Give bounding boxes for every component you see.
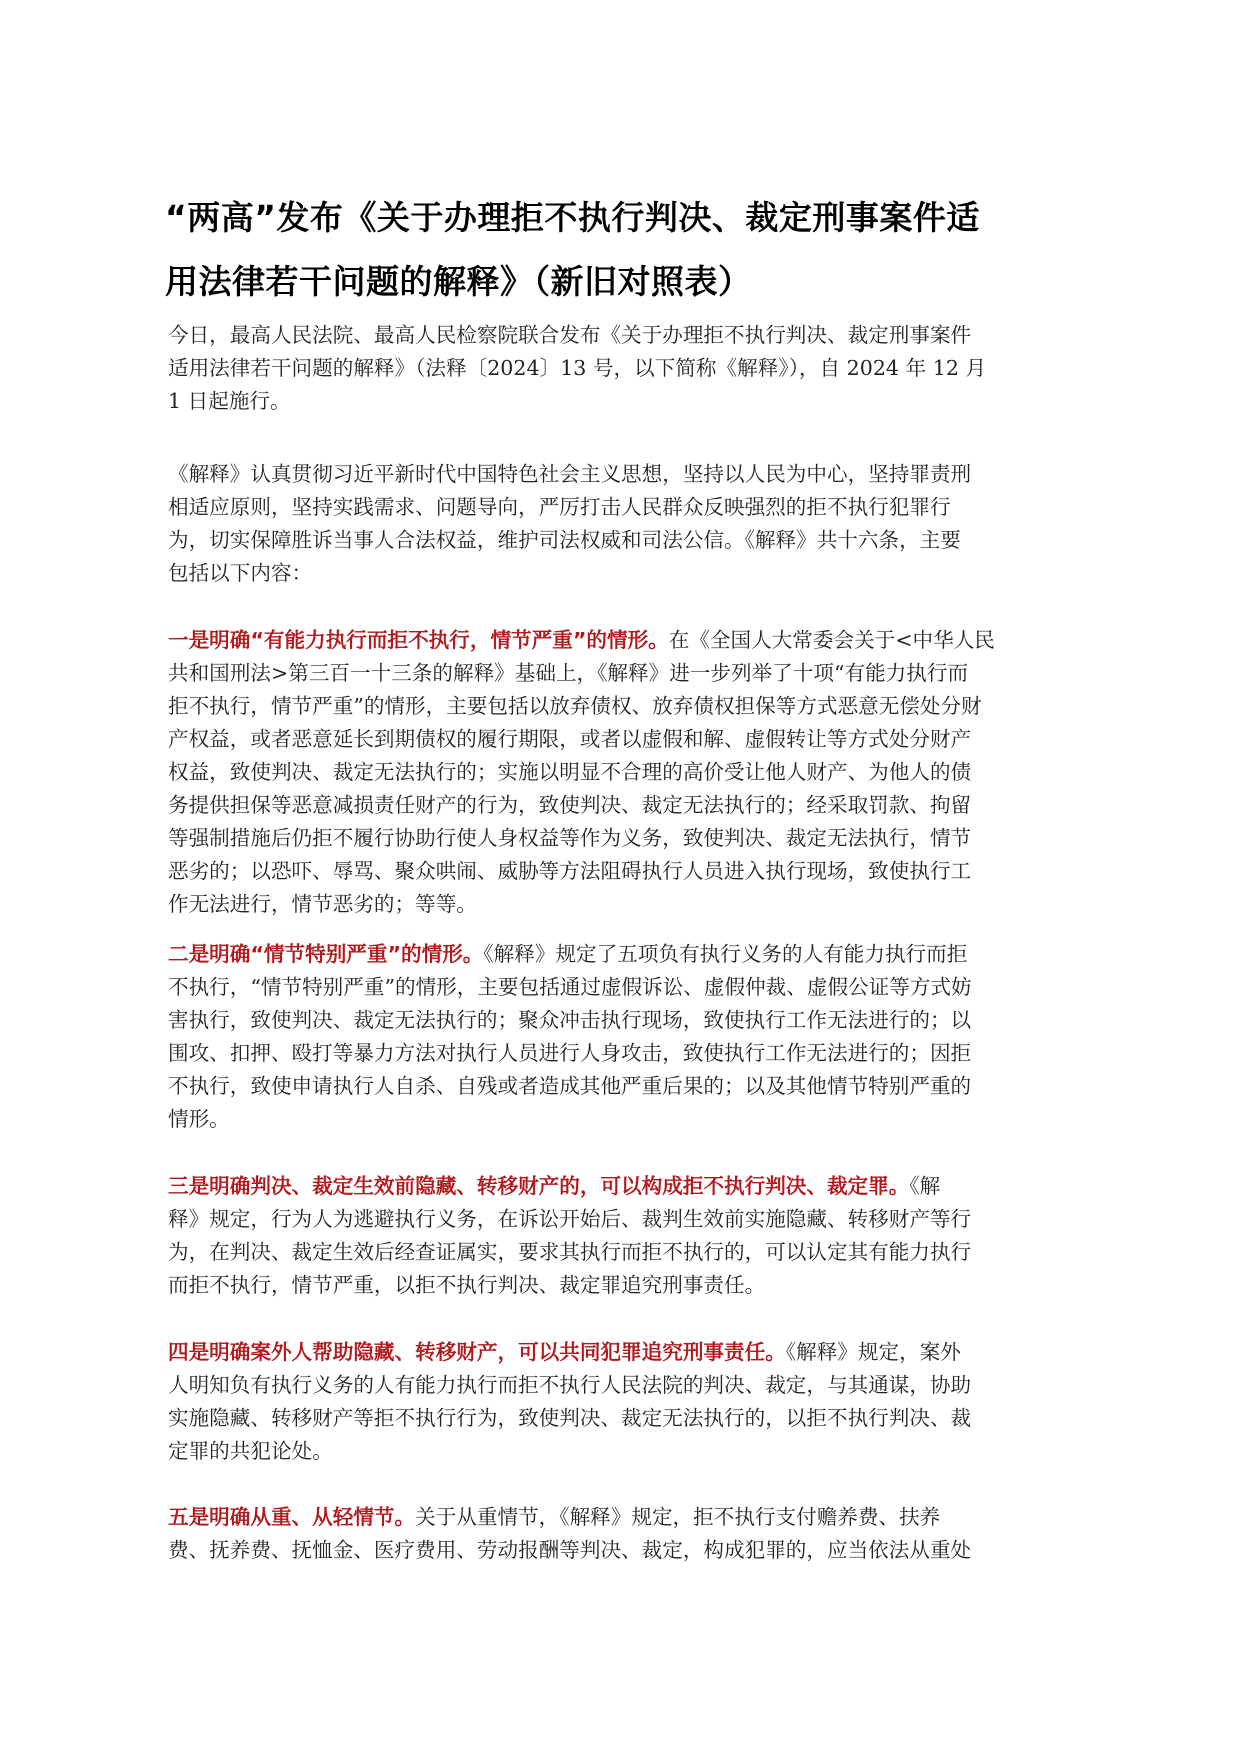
text-line: 不执行，“情节特别严重”的情形，主要包括通过虚假诉讼、虚假仲裁、虚假公证等方式妨 <box>168 971 1080 1004</box>
paragraph-point-3: 三是明确判决、裁定生效前隐藏、转移财产的，可以构成拒不执行判决、裁定罪。《解 释… <box>168 1170 1080 1302</box>
text-line: 实施隐藏、转移财产等拒不执行行为，致使判决、裁定无法执行的，以拒不执行判决、裁 <box>168 1402 1080 1435</box>
title-line: 用法律若干问题的解释》（新旧对照表） <box>165 250 1085 314</box>
text-line: 围攻、扣押、殴打等暴力方法对执行人员进行人身攻击，致使执行工作无法进行的；因拒 <box>168 1037 1080 1070</box>
text-line: 情形。 <box>168 1103 1080 1136</box>
text-line: 今日，最高人民法院、最高人民检察院联合发布《关于办理拒不执行判决、裁定刑事案件 <box>168 319 1080 352</box>
document-page: “两高”发布《关于办理拒不执行判决、裁定刑事案件适 用法律若干问题的解释》（新旧… <box>0 0 1240 1753</box>
text-line: 费、抚养费、抚恤金、医疗费用、劳动报酬等判决、裁定，构成犯罪的，应当依法从重处 <box>168 1534 1080 1567</box>
paragraph-point-2: 二是明确“情节特别严重”的情形。《解释》规定了五项负有执行义务的人有能力执行而拒… <box>168 938 1080 1136</box>
paragraph-point-5: 五是明确从重、从轻情节。关于从重情节，《解释》规定，拒不执行支付赡养费、扶养 费… <box>168 1501 1080 1567</box>
point-heading: 一是明确“有能力执行而拒不执行，情节严重”的情形。 <box>168 628 669 652</box>
point-heading: 二是明确“情节特别严重”的情形。 <box>168 942 483 966</box>
text-line: 关于从重情节，《解释》规定，拒不执行支付赡养费、扶养 <box>415 1505 940 1529</box>
text-line: 作无法进行，情节恶劣的；等等。 <box>168 888 1080 921</box>
text-line: 产权益，或者恶意延长到期债权的履行期限，或者以虚假和解、虚假转让等方式处分财产 <box>168 723 1080 756</box>
text-line: 害执行，致使判决、裁定无法执行的；聚众冲击执行现场，致使执行工作无法进行的；以 <box>168 1004 1080 1037</box>
text-line: 恶劣的；以恐吓、辱骂、聚众哄闹、威胁等方法阻碍执行人员进入执行现场，致使执行工 <box>168 855 1080 888</box>
text-line: 为，在判决、裁定生效后经查证属实，要求其执行而拒不执行的，可以认定其有能力执行 <box>168 1236 1080 1269</box>
text-line: 务提供担保等恶意减损责任财产的行为，致使判决、裁定无法执行的；经采取罚款、拘留 <box>168 789 1080 822</box>
text-line: 《解释》认真贯彻习近平新时代中国特色社会主义思想，坚持以人民为中心，坚持罪责刑 <box>168 458 1080 491</box>
text-line: 《解释》规定了五项负有执行义务的人有能力执行而拒 <box>483 942 967 966</box>
paragraph-overview: 《解释》认真贯彻习近平新时代中国特色社会主义思想，坚持以人民为中心，坚持罪责刑 … <box>168 458 1080 590</box>
paragraph-point-1: 一是明确“有能力执行而拒不执行，情节严重”的情形。在《全国人大常委会关于<中华人… <box>168 624 1080 921</box>
title-line: “两高”发布《关于办理拒不执行判决、裁定刑事案件适 <box>165 186 1085 250</box>
text-line: 《解释》规定，案外 <box>786 1340 961 1364</box>
text-line: 为，切实保障胜诉当事人合法权益，维护司法权威和司法公信。《解释》共十六条，主要 <box>168 524 1080 557</box>
text-line: 包括以下内容： <box>168 557 1080 590</box>
text-line: 不执行，致使申请执行人自杀、自残或者造成其他严重后果的；以及其他情节特别严重的 <box>168 1070 1080 1103</box>
point-heading: 四是明确案外人帮助隐藏、转移财产，可以共同犯罪追究刑事责任。 <box>168 1340 786 1364</box>
document-title: “两高”发布《关于办理拒不执行判决、裁定刑事案件适 用法律若干问题的解释》（新旧… <box>165 186 1085 314</box>
text-line: 适用法律若干问题的解释》（法释〔2024〕13 号，以下简称《解释》），自 20… <box>168 352 1080 385</box>
text-line: 《解 <box>909 1174 940 1198</box>
paragraph-intro: 今日，最高人民法院、最高人民检察院联合发布《关于办理拒不执行判决、裁定刑事案件 … <box>168 319 1080 418</box>
text-line: 相适应原则，坚持实践需求、问题导向，严厉打击人民群众反映强烈的拒不执行犯罪行 <box>168 491 1080 524</box>
text-line: 释》规定，行为人为逃避执行义务，在诉讼开始后、裁判生效前实施隐藏、转移财产等行 <box>168 1203 1080 1236</box>
text-line: 等强制措施后仍拒不履行协助行使人身权益等作为义务，致使判决、裁定无法执行，情节 <box>168 822 1080 855</box>
text-line: 共和国刑法>第三百一十三条的解释》基础上，《解释》进一步列举了十项“有能力执行而 <box>168 657 1080 690</box>
point-heading: 三是明确判决、裁定生效前隐藏、转移财产的，可以构成拒不执行判决、裁定罪。 <box>168 1174 909 1198</box>
text-line: 人明知负有执行义务的人有能力执行而拒不执行人民法院的判决、裁定，与其通谋，协助 <box>168 1369 1080 1402</box>
text-line: 权益，致使判决、裁定无法执行的；实施以明显不合理的高价受让他人财产、为他人的债 <box>168 756 1080 789</box>
text-line: 1 日起施行。 <box>168 385 1080 418</box>
point-heading: 五是明确从重、从轻情节。 <box>168 1505 415 1529</box>
text-line: 在《全国人大常委会关于<中华人民 <box>669 628 995 652</box>
text-line: 拒不执行，情节严重”的情形，主要包括以放弃债权、放弃债权担保等方式恶意无偿处分财 <box>168 690 1080 723</box>
text-line: 而拒不执行，情节严重，以拒不执行判决、裁定罪追究刑事责任。 <box>168 1269 1080 1302</box>
paragraph-point-4: 四是明确案外人帮助隐藏、转移财产，可以共同犯罪追究刑事责任。《解释》规定，案外 … <box>168 1336 1080 1468</box>
text-line: 定罪的共犯论处。 <box>168 1435 1080 1468</box>
